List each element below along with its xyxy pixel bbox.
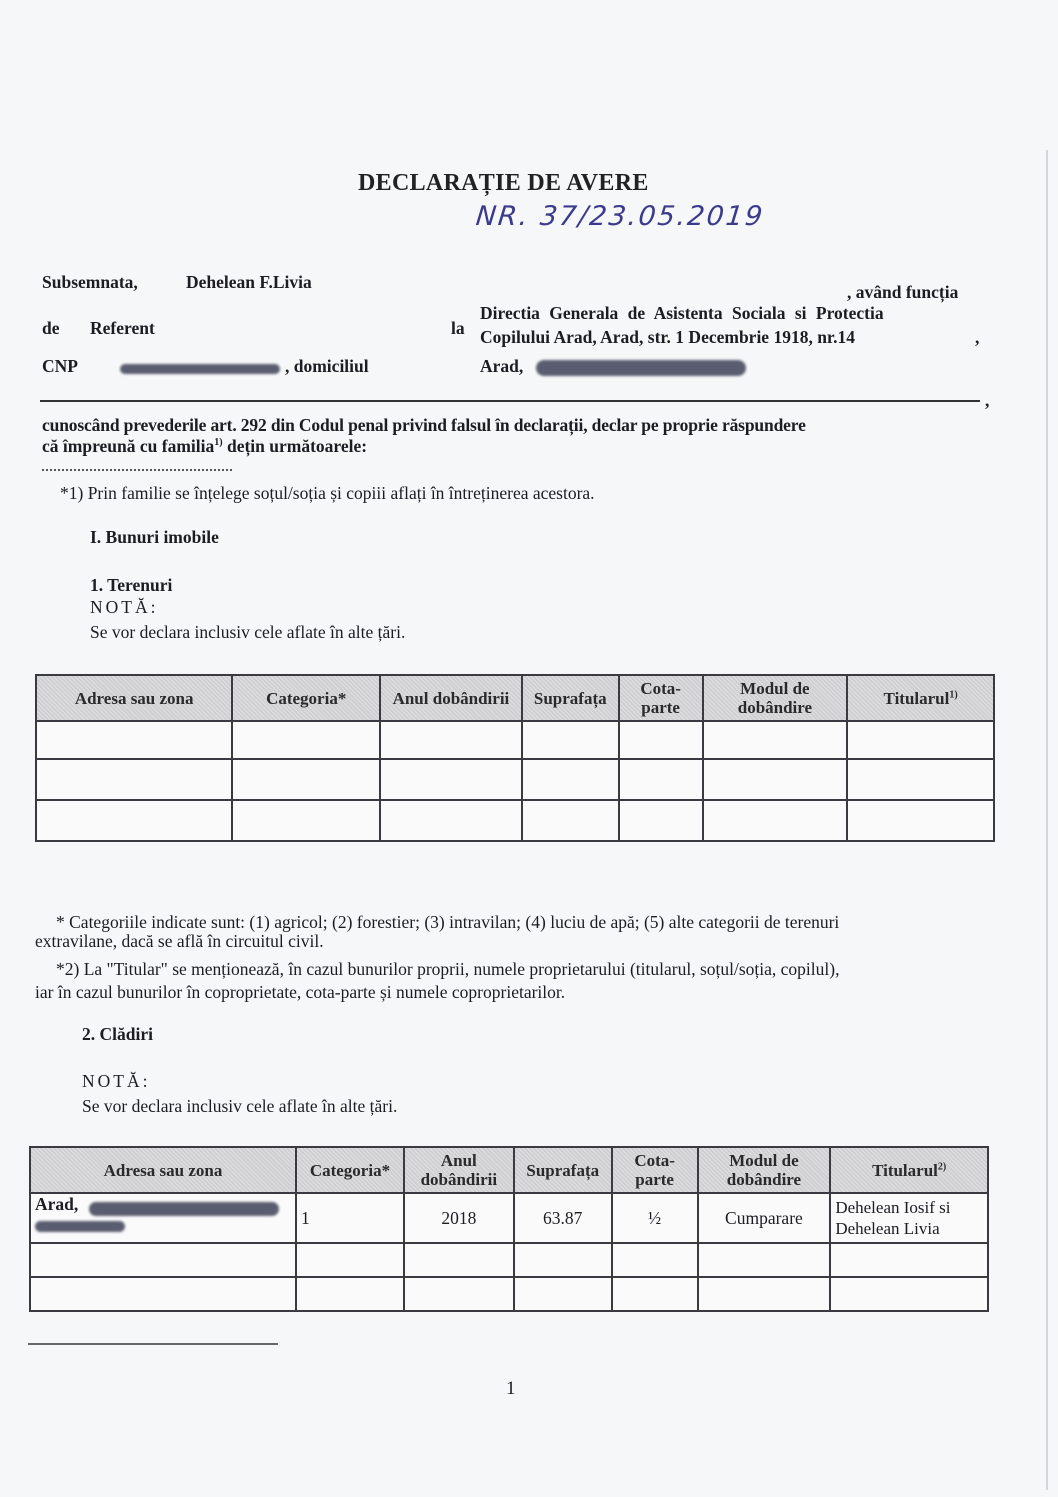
cell-categoria xyxy=(296,1243,404,1277)
cladiri-header-suprafa-a: Suprafața xyxy=(514,1147,612,1193)
subsemnata-label: Subsemnata, xyxy=(42,272,138,293)
cladiri-nota-text: Se vor declara inclusiv cele aflate în a… xyxy=(82,1096,397,1117)
footer-rule xyxy=(28,1343,278,1345)
declarant-name: Dehelean F.Livia xyxy=(186,272,312,293)
employer-line-1: Directia Generala de Asistenta Sociala s… xyxy=(480,303,884,324)
registration-number-handwritten: NR. 37/23.05.2019 xyxy=(474,201,765,232)
table-cell xyxy=(36,800,232,841)
footnote-family: *1) Prin familie se înțelege soțul/soția… xyxy=(60,483,595,504)
header-label: Adresa sau zona xyxy=(75,689,194,708)
terenuri-header-row: Adresa sau zonaCategoria*Anul dobândirii… xyxy=(36,675,994,721)
table-cell xyxy=(847,721,994,759)
table-cell xyxy=(36,759,232,800)
footnote-ref: 1) xyxy=(949,689,957,700)
table-cell xyxy=(36,721,232,759)
cnp-redacted xyxy=(120,364,280,374)
statement-line-2-text: că împreună cu familia xyxy=(42,436,214,456)
cladiri-header-anul-dob-ndirii: Anul dobândirii xyxy=(404,1147,514,1193)
cell-anul xyxy=(404,1243,514,1277)
cladiri-table: Adresa sau zonaCategoria*Anul dobândirii… xyxy=(29,1146,989,1312)
cladiri-header-row: Adresa sau zonaCategoria*Anul dobândirii… xyxy=(30,1147,988,1193)
footnote-titular-line-2: iar în cazul bunurilor în coproprietate,… xyxy=(35,982,565,1003)
cnp-label: CNP xyxy=(42,356,78,377)
section-i-heading-rest: imobile xyxy=(159,527,219,547)
domicile-city: Arad, xyxy=(480,356,523,377)
statement-line-2: că împreună cu familia1) dețin următoare… xyxy=(42,436,367,457)
table-row xyxy=(30,1277,988,1311)
terenuri-header-adresa-sau-zona: Adresa sau zona xyxy=(36,675,232,721)
cell-cota xyxy=(612,1243,698,1277)
header-label: Categoria* xyxy=(266,689,346,708)
la-label: la xyxy=(451,318,465,339)
table-cell xyxy=(232,759,380,800)
cell-titular: Dehelean Iosif si Dehelean Livia xyxy=(830,1193,988,1243)
header-label: Modul de dobândire xyxy=(727,1151,801,1189)
table-cell xyxy=(619,800,703,841)
section-i-heading: I. Bunuri imobile xyxy=(90,527,219,548)
header-label: Cota-parte xyxy=(634,1151,675,1189)
cell-categoria xyxy=(296,1277,404,1311)
header-label: Suprafața xyxy=(534,689,607,708)
domicile-redacted xyxy=(536,360,746,376)
terenuri-nota-text: Se vor declara inclusiv cele aflate în a… xyxy=(90,622,405,643)
cell-cota: ½ xyxy=(612,1193,698,1243)
header-label: Modul de dobândire xyxy=(738,679,812,717)
declarant-underline xyxy=(40,400,980,402)
de-label: de xyxy=(42,318,60,339)
table-cell xyxy=(703,759,848,800)
cladiri-header-modul-de-dob-ndire: Modul de dobândire xyxy=(698,1147,831,1193)
header-label: Adresa sau zona xyxy=(104,1161,223,1180)
declarant-function: Referent xyxy=(90,318,155,339)
table-cell xyxy=(703,721,848,759)
section-i-heading-bold: I. Bunuri xyxy=(90,527,159,547)
terenuri-header-titularul: Titularul1) xyxy=(847,675,994,721)
cell-suprafata xyxy=(514,1277,612,1311)
cladiri-header-titularul: Titularul2) xyxy=(830,1147,988,1193)
table-cell xyxy=(380,721,522,759)
footnote-ref: 1) xyxy=(214,437,222,448)
header-label: Anul dobândirii xyxy=(421,1151,498,1189)
employer-comma: , xyxy=(975,327,979,348)
cladiri-header-categoria: Categoria* xyxy=(296,1147,404,1193)
domiciliul-label: , domiciliul xyxy=(285,356,369,377)
cell-modul: Cumparare xyxy=(698,1193,831,1243)
cladiri-heading: 2. Clădiri xyxy=(82,1024,153,1045)
trailing-comma: , xyxy=(985,390,989,411)
terenuri-header-categoria: Categoria* xyxy=(232,675,380,721)
table-cell xyxy=(619,721,703,759)
table-cell xyxy=(847,800,994,841)
cell-modul xyxy=(698,1243,831,1277)
cell-adresa: Arad, xyxy=(30,1193,296,1243)
terenuri-header-suprafa-a: Suprafața xyxy=(522,675,619,721)
address-redacted-line-2 xyxy=(35,1221,125,1232)
table-cell xyxy=(522,759,619,800)
table-cell xyxy=(232,800,380,841)
cladiri-header-cota-parte: Cota-parte xyxy=(612,1147,698,1193)
cell-titular xyxy=(830,1243,988,1277)
terenuri-header-cota-parte: Cota-parte xyxy=(619,675,703,721)
header-label: Titularul xyxy=(884,689,950,708)
footnote-titular-line-1: *2) La "Titular" se menționează, în cazu… xyxy=(56,959,839,980)
header-label: Anul dobândirii xyxy=(393,689,510,708)
page-edge xyxy=(1046,150,1048,1490)
cell-cota xyxy=(612,1277,698,1311)
cell-titular xyxy=(830,1277,988,1311)
employer-line-2: Copilului Arad, Arad, str. 1 Decembrie 1… xyxy=(480,327,855,348)
terenuri-nota-label: NOTĂ: xyxy=(90,597,158,618)
cell-suprafata: 63.87 xyxy=(514,1193,612,1243)
table-cell xyxy=(380,759,522,800)
address-redacted xyxy=(89,1202,279,1216)
footnote-categories-line-2: extravilane, dacă se află în circuitul c… xyxy=(35,931,324,952)
page-number: 1 xyxy=(506,1378,516,1400)
cell-adresa xyxy=(30,1243,296,1277)
cladiri-nota-label: NOTĂ: xyxy=(82,1071,150,1092)
footnote-ref: 2) xyxy=(938,1161,946,1172)
terenuri-table: Adresa sau zonaCategoria*Anul dobândirii… xyxy=(35,674,995,842)
footnote-categories-line-1: * Categoriile indicate sunt: (1) agricol… xyxy=(56,912,839,933)
table-row xyxy=(36,721,994,759)
table-cell xyxy=(380,800,522,841)
terenuri-heading: 1. Terenuri xyxy=(90,575,172,596)
table-cell xyxy=(522,721,619,759)
cell-modul xyxy=(698,1277,831,1311)
table-cell xyxy=(847,759,994,800)
terenuri-header-anul-dob-ndirii: Anul dobândirii xyxy=(380,675,522,721)
avand-functia-label: , având funcția xyxy=(847,282,958,303)
table-row xyxy=(36,800,994,841)
cell-suprafata xyxy=(514,1243,612,1277)
header-label: Cota-parte xyxy=(640,679,681,717)
table-cell xyxy=(619,759,703,800)
footnote-separator xyxy=(42,469,232,471)
terenuri-header-modul-de-dob-ndire: Modul de dobândire xyxy=(703,675,848,721)
cell-adresa xyxy=(30,1277,296,1311)
cell-anul: 2018 xyxy=(404,1193,514,1243)
declaration-page: DECLARAȚIE DE AVERE NR. 37/23.05.2019 Su… xyxy=(0,0,1058,1497)
cell-categoria: 1 xyxy=(296,1193,404,1243)
table-cell xyxy=(522,800,619,841)
table-row: Arad,1201863.87½CumparareDehelean Iosif … xyxy=(30,1193,988,1243)
header-label: Suprafața xyxy=(526,1161,599,1180)
header-label: Categoria* xyxy=(310,1161,390,1180)
cladiri-header-adresa-sau-zona: Adresa sau zona xyxy=(30,1147,296,1193)
statement-line-1: cunoscând prevederile art. 292 din Codul… xyxy=(42,415,806,436)
table-row xyxy=(36,759,994,800)
statement-line-2-end: dețin următoarele: xyxy=(223,436,368,456)
table-row xyxy=(30,1243,988,1277)
cell-anul xyxy=(404,1277,514,1311)
header-label: Titularul xyxy=(872,1161,938,1180)
document-title: DECLARAȚIE DE AVERE xyxy=(358,170,649,197)
table-cell xyxy=(703,800,848,841)
table-cell xyxy=(232,721,380,759)
